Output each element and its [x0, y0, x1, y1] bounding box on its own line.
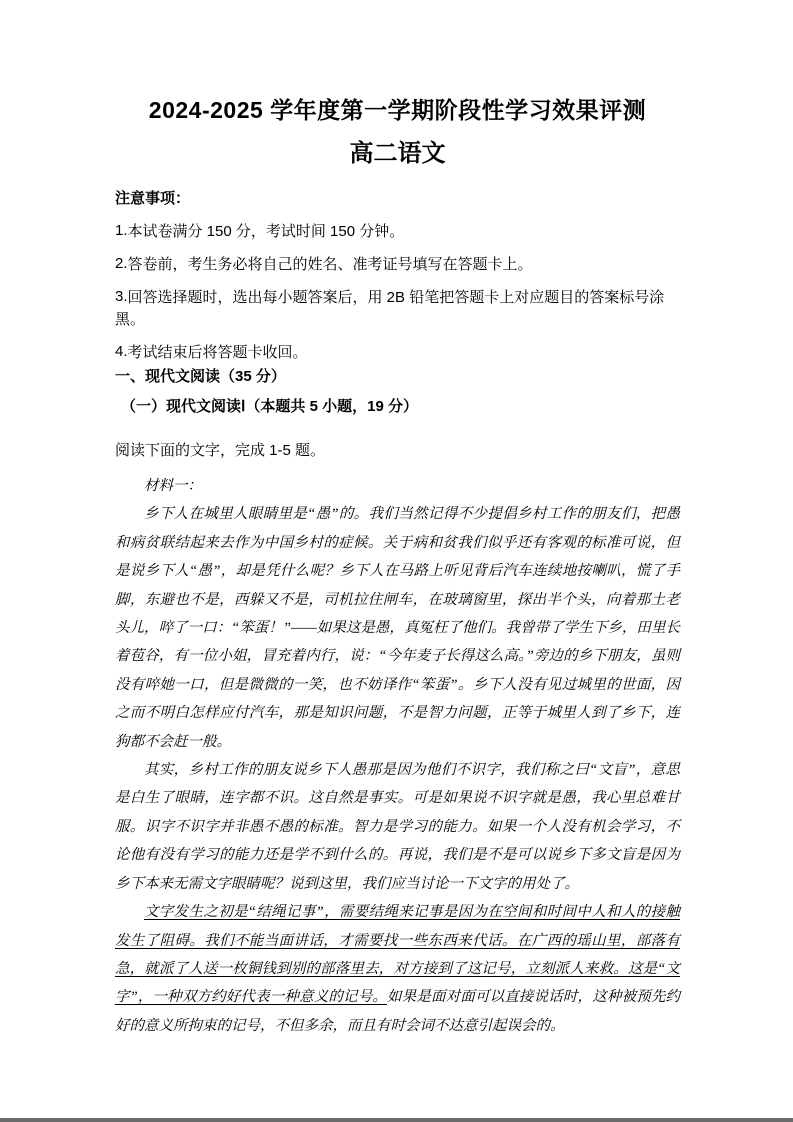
- notice-item-1: 1.本试卷满分 150 分，考试时间 150 分钟。: [115, 221, 680, 243]
- material-paragraph-3: 文字发生之初是“结绳记事”，需要结绳来记事是因为在空间和时间中人和人的接触发生了…: [115, 898, 680, 1040]
- notice-item-1-number: 1.: [115, 222, 128, 239]
- notice-item-3-number: 3.: [115, 288, 128, 305]
- material-label: 材料一：: [115, 472, 680, 500]
- notice-item-4-number: 4.: [115, 343, 128, 360]
- notice-item-3-text: 回答选择题时，选出每小题答案后，用 2B 铅笔把答题卡上对应题目的答案标号涂黑。: [115, 289, 664, 328]
- material-paragraph-1: 乡下人在城里人眼睛里是“愚”的。我们当然记得不少提倡乡村工作的朋友们，把愚和病贫…: [115, 500, 680, 756]
- exam-subject-title: 高二语文: [115, 137, 680, 171]
- exam-paper-page: 2024-2025 学年度第一学期阶段性学习效果评测 高二语文 注意事项： 1.…: [0, 0, 793, 1122]
- page-content: 2024-2025 学年度第一学期阶段性学习效果评测 高二语文 注意事项： 1.…: [115, 0, 680, 1040]
- notice-item-2-text: 答卷前，考生务必将自己的姓名、准考证号填写在答题卡上。: [128, 256, 533, 273]
- notice-item-3: 3.回答选择题时，选出每小题答案后，用 2B 铅笔把答题卡上对应题目的答案标号涂…: [115, 287, 680, 331]
- section-heading-modern-reading: 一、现代文阅读（35 分）: [115, 366, 680, 388]
- notice-item-1-text: 本试卷满分 150 分，考试时间 150 分钟。: [128, 223, 405, 240]
- reading-material: 材料一： 乡下人在城里人眼睛里是“愚”的。我们当然记得不少提倡乡村工作的朋友们，…: [115, 472, 680, 1040]
- section-subheading-reading-1: （一）现代文阅读Ⅰ（本题共 5 小题，19 分）: [115, 396, 680, 418]
- notice-item-2: 2.答卷前，考生务必将自己的姓名、准考证号填写在答题卡上。: [115, 254, 680, 276]
- reading-instruction: 阅读下面的文字，完成 1-5 题。: [115, 440, 680, 462]
- notice-item-4-text: 考试结束后将答题卡收回。: [128, 344, 308, 361]
- exam-title: 2024-2025 学年度第一学期阶段性学习效果评测: [115, 94, 680, 126]
- notice-heading: 注意事项：: [115, 188, 680, 210]
- notice-item-4: 4.考试结束后将答题卡收回。: [115, 342, 680, 364]
- material-paragraph-2: 其实，乡村工作的朋友说乡下人愚那是因为他们不识字，我们称之曰“文盲”，意思是白生…: [115, 756, 680, 898]
- page-bottom-edge: [0, 1118, 793, 1122]
- notice-item-2-number: 2.: [115, 255, 128, 272]
